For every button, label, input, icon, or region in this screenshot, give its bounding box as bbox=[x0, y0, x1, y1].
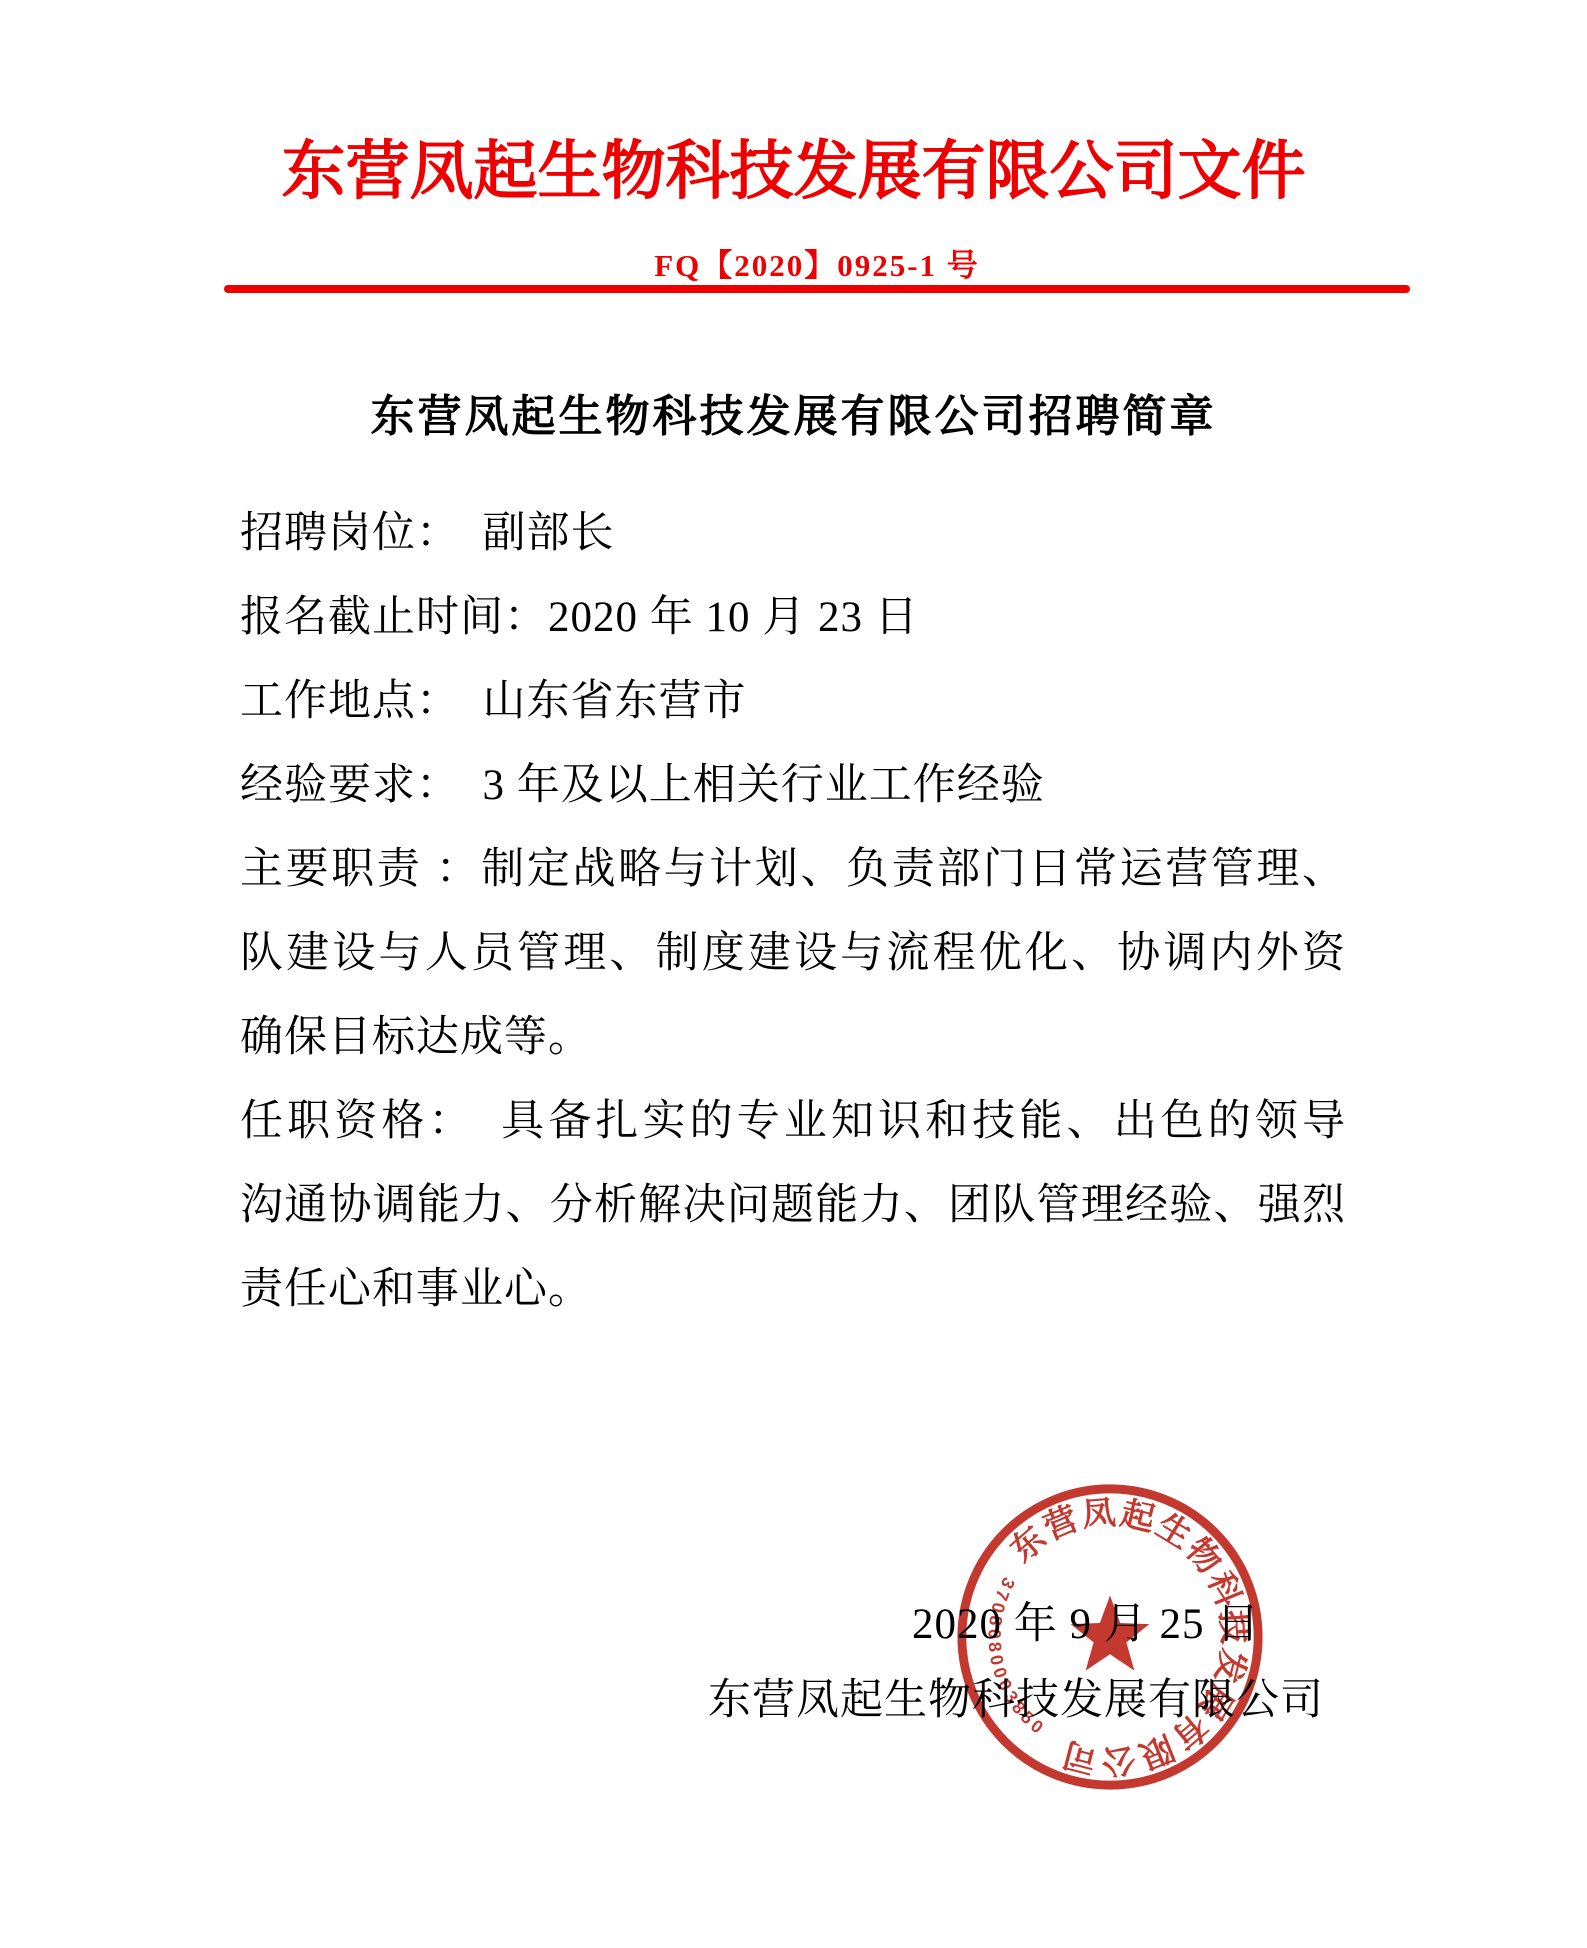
body-line: 招聘岗位： 副部长 bbox=[240, 492, 1346, 576]
org-title: 东营凤起生物科技发展有限公司文件 bbox=[0, 138, 1587, 205]
seal-serial-number-text: 3708080003850 bbox=[984, 1574, 1050, 1740]
body-line: 经验要求： 3 年及以上相关行业工作经验 bbox=[240, 744, 1346, 828]
document-page: 东营凤起生物科技发展有限公司文件 FQ【2020】0925-1 号 东营凤起生物… bbox=[0, 0, 1587, 1948]
page-title: 东营凤起生物科技发展有限公司招聘简章 bbox=[0, 380, 1587, 444]
svg-text:3708080003850: 3708080003850 bbox=[984, 1574, 1050, 1740]
company-seal-stamp: 东营凤起生物科技发展有限公司 3708080003850 bbox=[952, 1479, 1268, 1795]
body-line: 工作地点： 山东省东营市 bbox=[240, 660, 1346, 744]
body-line: 报名截止时间：2020 年 10 月 23 日 bbox=[240, 576, 1346, 660]
body-line: 任职资格： 具备扎实的专业知识和技能、出色的领导力、 bbox=[240, 1080, 1346, 1164]
body-line: 责任心和事业心。 bbox=[240, 1248, 1346, 1332]
header-divider-rule bbox=[224, 285, 1410, 293]
red-star-icon bbox=[1071, 1596, 1150, 1671]
body-line: 主要职责 ：制定战略与计划、负责部门日常运营管理、团 bbox=[240, 828, 1346, 912]
body-line: 沟通协调能力、分析解决问题能力、团队管理经验、强烈的 bbox=[240, 1164, 1346, 1248]
body-line: 确保目标达成等。 bbox=[240, 996, 1346, 1080]
body-line: 队建设与人员管理、制度建设与流程优化、协调内外资源、 bbox=[240, 912, 1346, 996]
doc-number: FQ【2020】0925-1 号 bbox=[224, 240, 1410, 285]
document-body: 招聘岗位： 副部长 报名截止时间：2020 年 10 月 23 日 工作地点： … bbox=[240, 492, 1346, 1332]
